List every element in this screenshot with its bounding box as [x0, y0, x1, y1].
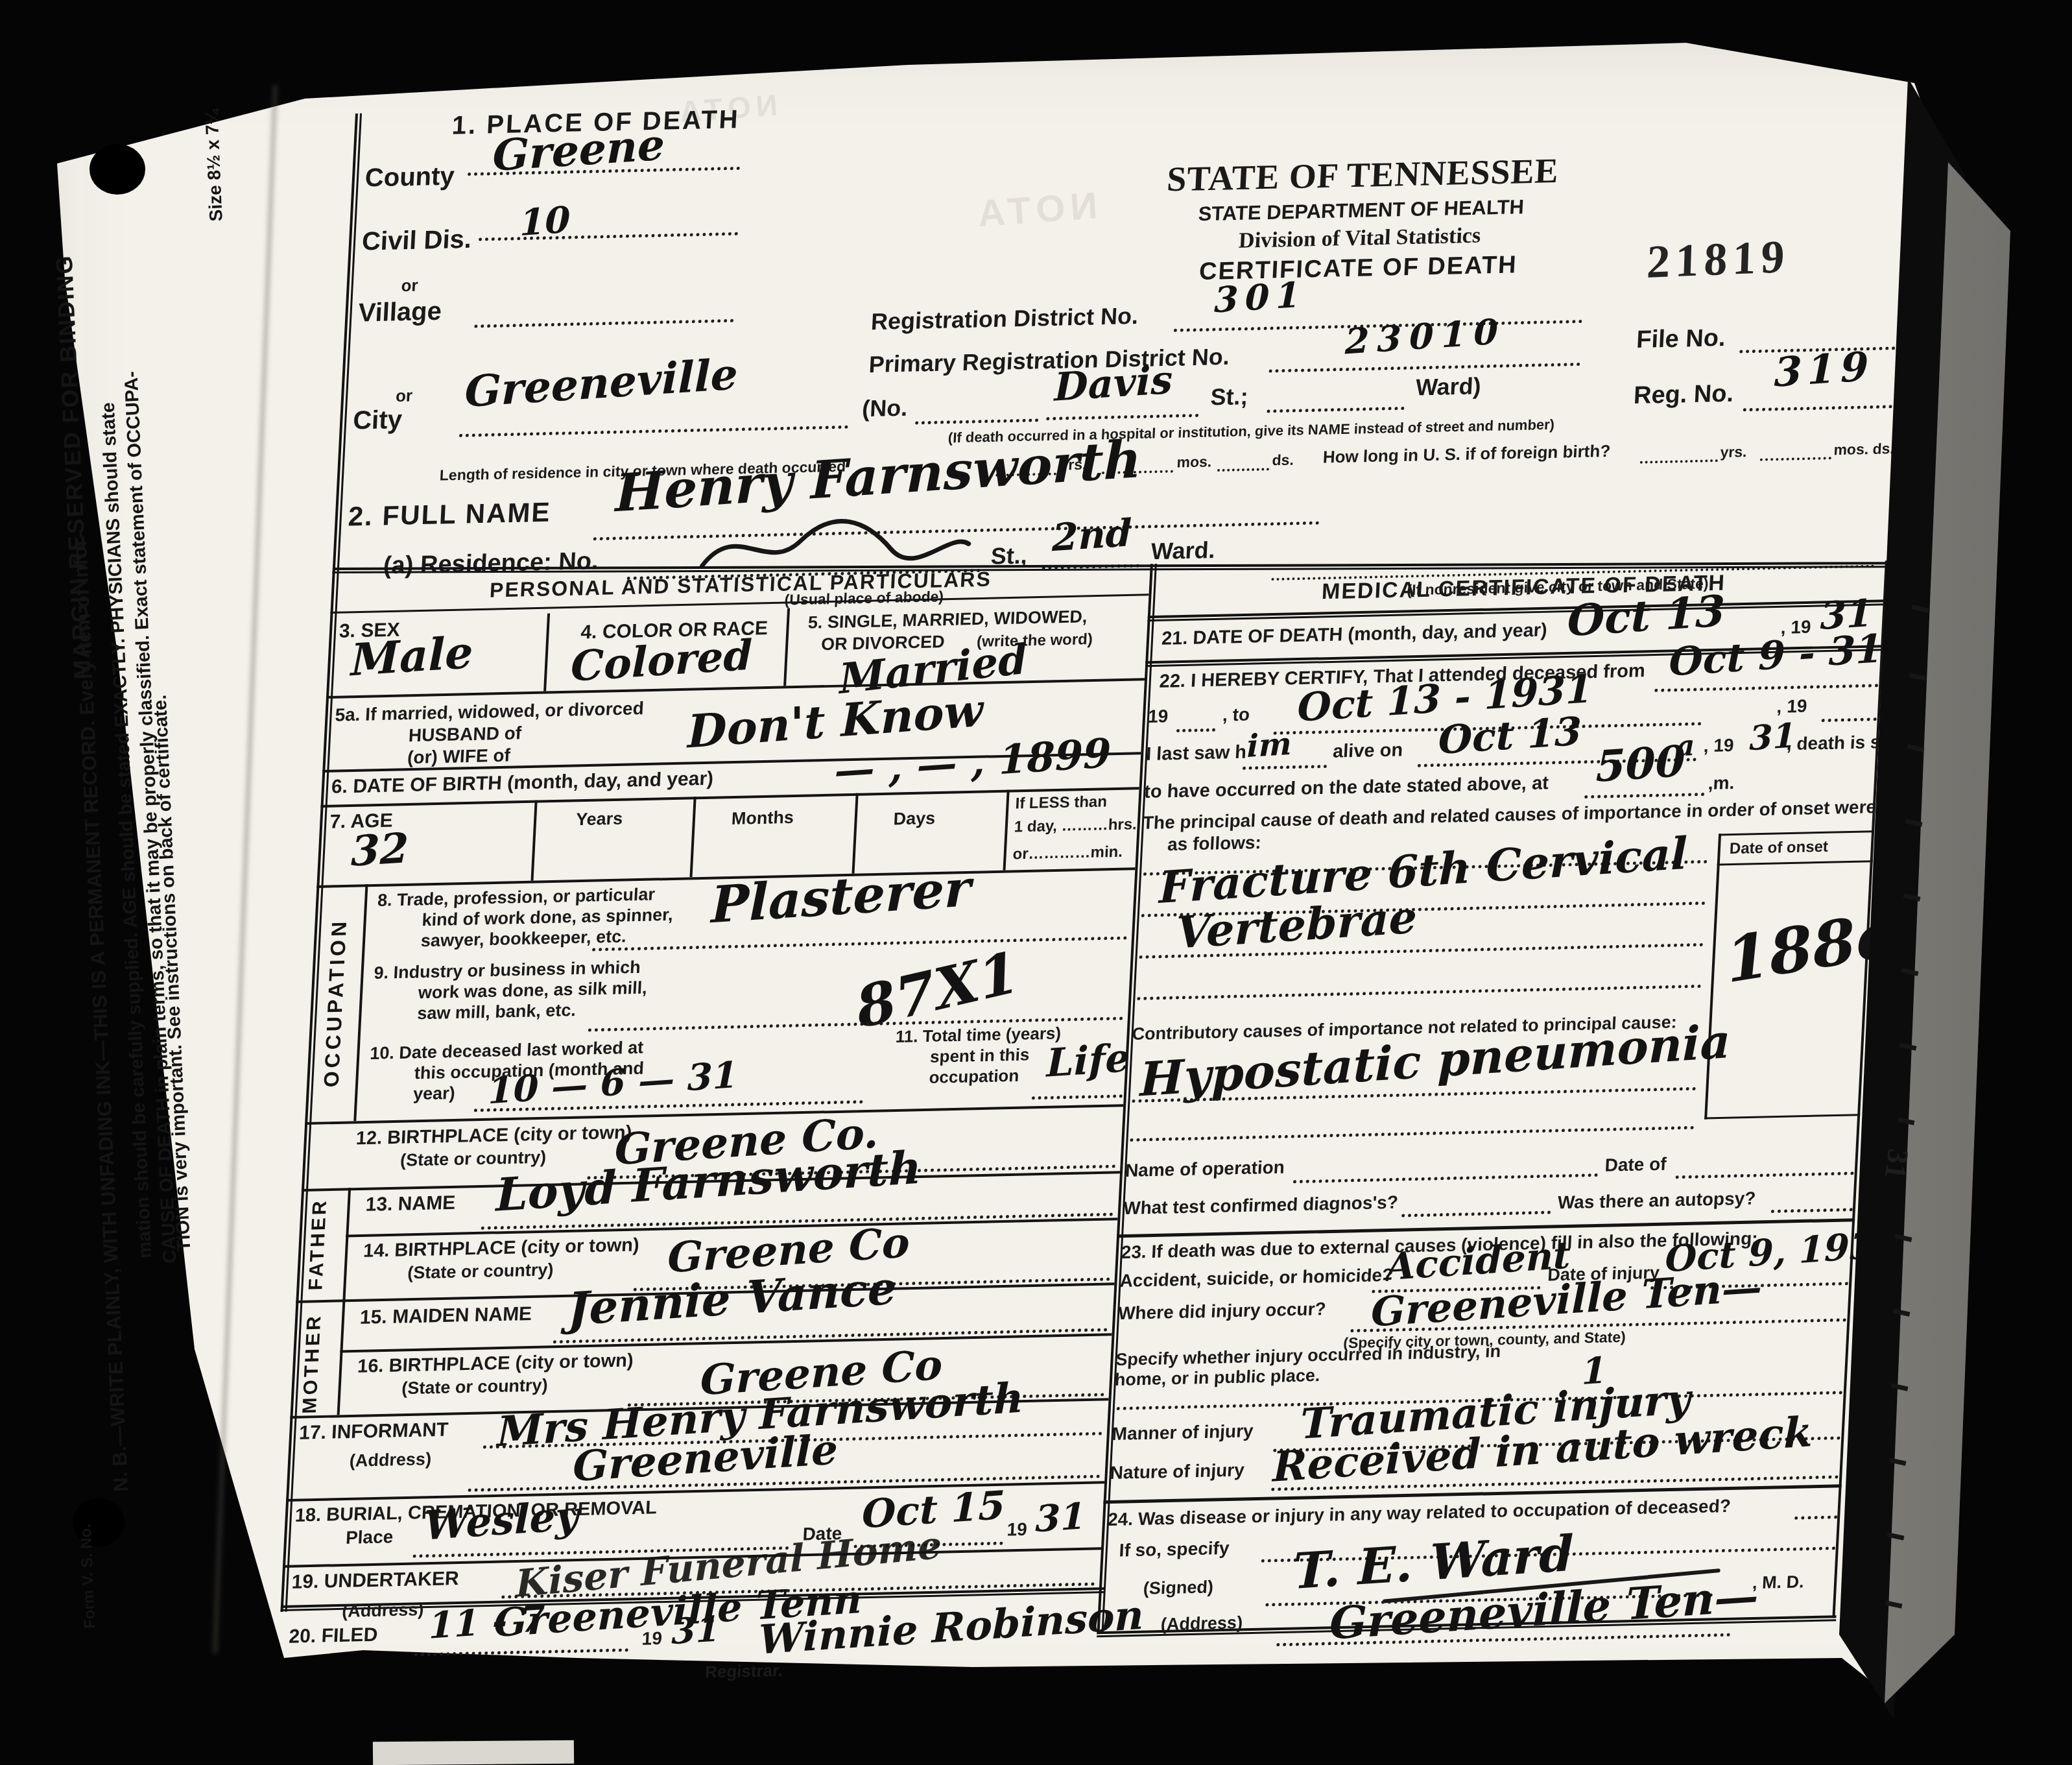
- informant-address-label: (Address): [349, 1449, 432, 1471]
- full-name-value: Henry Farnsworth: [615, 428, 1141, 523]
- age-years-label: Years: [575, 809, 623, 830]
- operation-line: [1293, 1173, 1598, 1183]
- father-birthplace-label: 14. BIRTHPLACE (city or town): [363, 1234, 639, 1262]
- registration-district-value: 301: [1214, 273, 1307, 320]
- him-line: [1243, 765, 1327, 770]
- test-label: What test confirmed diagnos's?: [1123, 1192, 1398, 1219]
- last-saw-label: I last saw h: [1145, 742, 1246, 765]
- occupation-bracket: [353, 884, 368, 1121]
- operation-date-label: Date of: [1604, 1154, 1667, 1176]
- total-time-label: occupation: [929, 1066, 1019, 1088]
- spouse-label3: (or) WIFE of: [407, 745, 510, 768]
- filed-year-pre: 19: [641, 1628, 663, 1650]
- signed-address-label: (Address): [1160, 1613, 1243, 1635]
- primary-registration-line: [1268, 363, 1580, 373]
- time-line: [1584, 793, 1704, 798]
- foreign-birth-label: How long in U. S. if of foreign birth?: [1322, 441, 1611, 468]
- full-name-label: 2. FULL NAME: [348, 497, 552, 533]
- to-label: , to: [1222, 704, 1250, 726]
- undertaker-address-label: (Address): [342, 1600, 425, 1622]
- yr-line: [1176, 728, 1215, 732]
- am-label: ,m.: [1708, 773, 1735, 794]
- pre19c: , 19: [1703, 735, 1734, 756]
- age-divider: [1003, 790, 1010, 870]
- certificate-number-stamp: 21819: [1646, 230, 1791, 289]
- father-name-label: 13. NAME: [365, 1192, 456, 1216]
- maiden-name-label: 15. MAIDEN NAME: [359, 1303, 532, 1329]
- principal-cause-label: The principal cause of death and related…: [1142, 797, 1877, 834]
- ward-line: [1267, 407, 1404, 413]
- certificate-form: 1. PLACE OF DEATH County Greene Civil Di…: [275, 79, 1925, 1722]
- or-label: or: [401, 276, 419, 296]
- filed-label: 20. FILED: [289, 1624, 378, 1648]
- city-label: City: [352, 405, 403, 436]
- occurred-label: to have occurred on the date stated abov…: [1143, 773, 1549, 803]
- reg-no-value: 319: [1774, 342, 1874, 396]
- onset-label-rule: [1717, 860, 1873, 865]
- state-title: STATE OF TENNESSEE: [1115, 149, 1610, 200]
- one-day-label: 1 day, ………hrs.: [1014, 815, 1137, 836]
- principal-cause-label2: as follows:: [1167, 832, 1261, 855]
- manner-label: Manner of injury: [1112, 1421, 1254, 1445]
- sex-color-divider: [543, 614, 550, 691]
- city-value: Greeneville: [464, 348, 738, 416]
- foreign-yrs-label: yrs.: [1720, 443, 1747, 461]
- ward-label: Ward): [1415, 372, 1482, 401]
- reg-no-label: Reg. No.: [1633, 380, 1734, 410]
- filed-date-value: 11 - 7: [429, 1597, 545, 1648]
- state-country-note: (State or country): [407, 1260, 554, 1283]
- attended-from-line: [1654, 684, 1878, 692]
- foreign-mos-label: mos.: [1833, 440, 1869, 459]
- undertaker-label: 19. UNDERTAKER: [291, 1568, 460, 1594]
- if-so-label: If so, specify: [1119, 1538, 1230, 1561]
- trade-value: Plasterer: [711, 859, 971, 935]
- foreign-mos-line: [1760, 457, 1831, 461]
- street-line: [1046, 414, 1198, 420]
- age-value: 32: [351, 824, 409, 876]
- onset-box-left: [1704, 834, 1721, 1119]
- total-time-line: [1032, 1094, 1123, 1099]
- color-marital-divider: [783, 608, 790, 686]
- adjacent-page-number: 31: [1878, 1147, 1916, 1181]
- file-no-label: File No.: [1636, 324, 1726, 354]
- operation-label: Name of operation: [1125, 1157, 1285, 1181]
- punch-hole-top: [89, 144, 145, 195]
- age-months-label: Months: [731, 808, 794, 829]
- date-of-death-value: Oct 13: [1567, 585, 1726, 646]
- state-country-note: (State or country): [401, 1375, 549, 1399]
- mother-birthplace-label: 16. BIRTHPLACE (city or town): [357, 1350, 634, 1377]
- test-line: [1401, 1211, 1551, 1218]
- filed-year-value: 31: [671, 1607, 720, 1652]
- accident-label: Accident, suicide, or homicide?: [1119, 1265, 1394, 1291]
- burial-year-value: 31: [1035, 1495, 1086, 1541]
- row-line: [326, 678, 1145, 699]
- pre19b: , 19: [1776, 696, 1807, 717]
- specify-whether-label: Specify whether injury occurred in indus…: [1114, 1341, 1531, 1390]
- last-saw-date-value: Oct 13: [1438, 709, 1582, 763]
- county-label: County: [364, 162, 455, 193]
- filed-line: [414, 1648, 628, 1656]
- burial-place-label: Place: [345, 1526, 394, 1548]
- industry-label: work was done, as silk mill,: [418, 978, 647, 1003]
- marital-label: 5. SINGLE, MARRIED, WIDOWED,: [807, 606, 1088, 632]
- onset-box-top: [1719, 830, 1874, 835]
- total-time-label: spent in this: [929, 1045, 1030, 1067]
- total-time-label: 11. Total time (years): [895, 1023, 1062, 1047]
- age-divider: [852, 793, 859, 874]
- village-label: Village: [357, 297, 442, 328]
- registrar-label: Registrar.: [704, 1661, 783, 1683]
- spouse-label: 5a. If married, widowed, or divorced: [335, 698, 645, 725]
- industry-label: saw mill, bank, etc.: [417, 1000, 577, 1024]
- bottom-page-sliver: [373, 1740, 574, 1764]
- onset-label: Date of onset: [1729, 838, 1828, 858]
- autopsy-label: Was there an autopsy?: [1557, 1188, 1756, 1214]
- mos-label: mos.: [1176, 453, 1212, 471]
- birthplace-label: 12. BIRTHPLACE (city or town): [355, 1122, 632, 1149]
- civil-district-label: Civil Dis.: [361, 225, 472, 257]
- operation-date-line: [1676, 1171, 1854, 1179]
- primary-registration-label: Primary Registration District No.: [868, 343, 1230, 378]
- age-days-label: Days: [893, 808, 936, 829]
- scanned-death-certificate: NOTA NOTA MARGIN RESERVED FOR BINDING N.…: [0, 0, 2072, 1764]
- or-min-label: or…………min.: [1012, 843, 1123, 864]
- house-no-label: (No.: [861, 394, 908, 423]
- civil-district-line: [479, 232, 738, 241]
- onset-box-bottom: [1704, 1114, 1860, 1119]
- md-label: , M. D.: [1752, 1572, 1804, 1593]
- reg-no-line: [1743, 405, 1892, 411]
- trade-line: [592, 936, 1127, 951]
- where-injury-label: Where did injury occur?: [1117, 1299, 1326, 1324]
- informant-label: 17. INFORMANT: [298, 1419, 449, 1445]
- signed-label: (Signed): [1143, 1577, 1214, 1598]
- cause-line: [1137, 985, 1701, 1000]
- street-value: Davis: [1054, 357, 1173, 411]
- pre19a: 19: [1147, 706, 1169, 727]
- residence-label: (a) Residence: No.: [383, 547, 599, 580]
- time-value: 500: [1595, 736, 1685, 792]
- spouse-label2: HUSBAND of: [408, 723, 522, 746]
- total-time-value: Life: [1046, 1035, 1130, 1086]
- age-divider: [531, 800, 538, 881]
- foreign-ds-label: ds.: [1872, 440, 1895, 458]
- dob-label: 6. DATE OF BIRTH (month, day, and year): [331, 768, 714, 798]
- contributory-line: [1130, 1126, 1694, 1142]
- ward2-value: 2nd: [1052, 510, 1132, 560]
- alive-on-label: alive on: [1332, 739, 1403, 762]
- yr-line: [1822, 717, 1877, 722]
- house-no-line: [915, 418, 1038, 424]
- nature-label: Nature of injury: [1110, 1460, 1245, 1484]
- date-of-death-label: 21. DATE OF DEATH (month, day, and year): [1161, 620, 1547, 650]
- time-sup: a: [1676, 729, 1695, 763]
- last-worked-label: year): [412, 1083, 455, 1104]
- age-divider: [690, 797, 697, 877]
- or-label: or: [395, 386, 413, 407]
- foreign-yrs-line: [1640, 459, 1718, 464]
- him-scrawl: im: [1246, 726, 1291, 765]
- village-line: [474, 319, 733, 328]
- maiden-name-value: Jennie Vance: [567, 1261, 896, 1336]
- related-line: [1794, 1515, 1837, 1519]
- ward2-label: Ward.: [1150, 536, 1216, 565]
- burial-year-pre: 19: [1006, 1519, 1028, 1541]
- burial-place-value: Wesley: [424, 1492, 579, 1549]
- if-less-label: If LESS than: [1015, 793, 1108, 813]
- sex-value: Male: [351, 627, 473, 686]
- ds-line: [1217, 468, 1269, 472]
- autopsy-line: [1771, 1208, 1853, 1213]
- street-suffix-label: St.;: [1210, 383, 1249, 411]
- certificate-title: CERTIFICATE OF DEATH: [1111, 249, 1605, 288]
- city-line: [459, 426, 848, 437]
- ds-label: ds.: [1272, 451, 1294, 470]
- primary-registration-value: 23010: [1345, 310, 1506, 362]
- registration-district-label: Registration District No.: [870, 302, 1139, 335]
